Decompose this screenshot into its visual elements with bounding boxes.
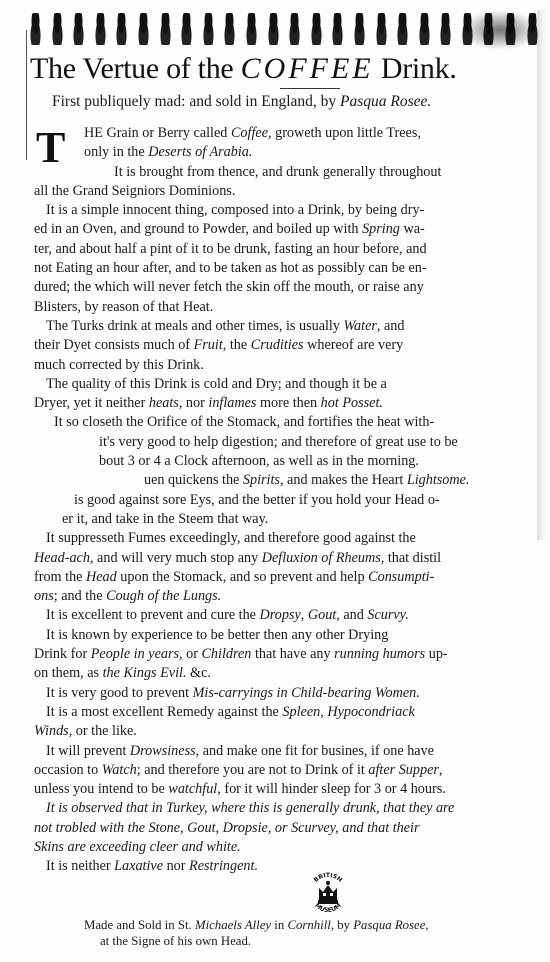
text-run: wa- xyxy=(400,221,425,237)
text-run: Lightsome. xyxy=(407,472,470,488)
text-run: , xyxy=(301,607,308,623)
text-run: The quality of this Drink is cold and Dr… xyxy=(46,376,387,392)
text-run: It is very good to prevent xyxy=(46,685,193,701)
text-line: from the Head upon the Stomack, and so p… xyxy=(34,568,534,587)
text-run: Winds xyxy=(34,723,69,739)
text-run: HE Grain or Berry called xyxy=(84,125,231,141)
text-line: ed in an Oven, and ground to Powder, and… xyxy=(34,220,534,239)
text-run: It will prevent xyxy=(46,743,130,759)
text-run: Deserts of Arabia. xyxy=(148,144,252,160)
title-coffee: COFFEE xyxy=(241,52,374,85)
text-run: Blisters, by reason of that Heat. xyxy=(34,299,213,315)
title-rule xyxy=(280,88,340,89)
text-run: Michaels Alley xyxy=(195,918,271,932)
text-run: People in years xyxy=(91,646,179,662)
text-line: on them, as the Kings Evil. &c. xyxy=(34,664,534,683)
fleuron-icon xyxy=(244,13,259,45)
imprint: Made and Sold in St. Michaels Alley in C… xyxy=(84,917,504,949)
text-run: , and xyxy=(336,607,367,623)
text-line: It so closeth the Orifice of the Stomack… xyxy=(34,413,534,432)
text-run: It is observed that in Turkey, where thi… xyxy=(46,800,454,816)
text-run: , xyxy=(425,918,428,932)
british-museum-stamp: BRITISH MUSEUM xyxy=(305,870,351,916)
fleuron-icon xyxy=(309,13,324,45)
text-line: ons; and the Cough of the Lungs. xyxy=(34,587,534,606)
text-run: ter, and about half a pint of it to be d… xyxy=(34,241,427,257)
text-run: , the xyxy=(223,337,251,353)
text-run: It is neither xyxy=(46,858,114,874)
imprint-line-2: at the Signe of his own Head. xyxy=(84,933,504,949)
text-run: the Kings Evil. xyxy=(103,665,187,681)
fleuron-icon xyxy=(330,13,345,45)
fleuron-icon xyxy=(222,13,237,45)
text-line: uen quickens the Spirits, and makes the … xyxy=(34,471,534,490)
text-line: It is very good to prevent Mis-carryings… xyxy=(34,684,534,703)
fleuron-icon xyxy=(417,13,432,45)
text-line: ter, and about half a pint of it to be d… xyxy=(34,240,534,259)
text-run: from the xyxy=(34,569,86,585)
text-line: It will prevent Drowsiness, and make one… xyxy=(34,742,534,761)
text-run: Restringent. xyxy=(189,858,258,874)
text-line: er it, and take in the Steem that way. xyxy=(34,510,534,529)
text-run: that have any xyxy=(251,646,334,662)
text-run: ons xyxy=(34,588,54,604)
text-line: HE Grain or Berry called Coffee, groweth… xyxy=(34,124,534,143)
text-run: &c. xyxy=(187,665,211,681)
text-run: not trobled with the Stone, Gout, Dropsi… xyxy=(34,820,420,836)
text-run: uen quickens the xyxy=(144,472,243,488)
text-run: it's very good to help digestion; and th… xyxy=(99,434,458,450)
text-line: much corrected by this Drink. xyxy=(34,356,534,375)
text-run: Cough of the Lungs. xyxy=(106,588,221,604)
text-run: their Dyet consists much of xyxy=(34,337,194,353)
text-line: occasion to Watch; and therefore you are… xyxy=(34,761,534,780)
text-run: Head xyxy=(86,569,117,585)
text-line: it's very good to help digestion; and th… xyxy=(34,433,534,452)
text-run: ; and therefore you are not to Drink of … xyxy=(137,762,369,778)
body-text: HE Grain or Berry called Coffee, groweth… xyxy=(34,124,534,877)
broadside-page: The Vertue of the COFFEE Drink. First pu… xyxy=(0,0,550,962)
text-run: Skins are exceeding cleer and white. xyxy=(34,839,241,855)
text-run: Dropsy xyxy=(260,607,301,623)
text-run: , by xyxy=(331,918,353,932)
text-run: It suppresseth Fumes exceedingly, and th… xyxy=(46,530,416,546)
text-run: Children xyxy=(201,646,251,662)
text-run: , or the like. xyxy=(69,723,137,739)
text-line: It is a simple innocent thing, composed … xyxy=(34,201,534,220)
page-title: The Vertue of the COFFEE Drink. xyxy=(30,52,540,86)
text-run: It is excellent to prevent and cure the xyxy=(46,607,260,623)
text-run: It is a simple innocent thing, composed … xyxy=(46,202,424,218)
text-run: Spirits xyxy=(243,472,280,488)
text-run: Spleen xyxy=(282,704,320,720)
fleuron-icon xyxy=(266,13,281,45)
text-line: is good against sore Eys, and the better… xyxy=(34,491,534,510)
text-run: It is brought from thence, and drunk gen… xyxy=(114,164,441,180)
fleuron-icon xyxy=(201,13,216,45)
text-run: , and makes the Heart xyxy=(280,472,407,488)
text-run: Steem xyxy=(178,511,213,527)
text-run: running humors xyxy=(334,646,425,662)
text-run: Spring xyxy=(362,221,400,237)
text-run: Laxative xyxy=(114,858,163,874)
text-line: It is excellent to prevent and cure the … xyxy=(34,606,534,625)
text-run: Drink for xyxy=(34,646,91,662)
text-run: occasion to xyxy=(34,762,102,778)
fleuron-icon xyxy=(114,13,129,45)
text-run: Drowsiness xyxy=(130,743,196,759)
text-line: It suppresseth Fumes exceedingly, and th… xyxy=(34,529,534,548)
text-line: Head-ach, and will very much stop any De… xyxy=(34,549,534,568)
text-run: Cornhill xyxy=(287,918,330,932)
title-post: Drink. xyxy=(374,52,457,85)
text-line: Drink for People in years, or Children t… xyxy=(34,645,534,664)
text-line: The quality of this Drink is cold and Dr… xyxy=(34,375,534,394)
text-line: The Turks drink at meals and other times… xyxy=(34,317,534,336)
text-run: only in the xyxy=(84,144,148,160)
subtitle: First publiquely mad: and sold in Englan… xyxy=(52,92,532,112)
text-line: Dryer, yet it neither heats, nor inflame… xyxy=(34,394,534,413)
text-line: bout 3 or 4 a Clock afternoon, as well a… xyxy=(34,452,534,471)
text-line: It is known by experience to be better t… xyxy=(34,626,534,645)
text-run: Watch xyxy=(102,762,137,778)
text-run: Fruit xyxy=(194,337,223,353)
fleuron-icon xyxy=(93,13,108,45)
subtitle-text: First publiquely mad: and sold in Englan… xyxy=(52,93,340,110)
text-run: dured; the which will never fetch the sk… xyxy=(34,279,424,295)
text-run: watchful xyxy=(168,781,217,797)
text-run: It is known by experience to be better t… xyxy=(46,627,388,643)
text-run: Gout xyxy=(308,607,336,623)
text-line: Skins are exceeding cleer and white. xyxy=(34,838,534,857)
text-run: upon the Stomack, and so prevent and hel… xyxy=(117,569,368,585)
fleuron-icon xyxy=(287,13,302,45)
text-line: It is brought from thence, and drunk gen… xyxy=(34,163,534,182)
text-run: not Eating an hour after, and to be take… xyxy=(34,260,427,276)
text-run: , or xyxy=(179,646,201,662)
text-run: Water xyxy=(344,318,377,334)
text-run: The Turks drink at meals and other times… xyxy=(46,318,344,334)
text-run: Pasqua Rosee xyxy=(353,918,425,932)
text-run: It so closeth the Orifice of the Stomack… xyxy=(54,414,434,430)
text-run: Crudities xyxy=(251,337,304,353)
text-line: unless you intend to be watchful, for it… xyxy=(34,780,534,799)
text-run: heats xyxy=(149,395,179,411)
fleuron-icon xyxy=(28,13,43,45)
text-run: ed in an Oven, and ground to Powder, and… xyxy=(34,221,362,237)
fleuron-icon xyxy=(71,13,86,45)
text-run: , and will very much stop any xyxy=(90,550,262,566)
text-run: whereof are very xyxy=(304,337,404,353)
page-edge-shadow xyxy=(537,10,547,540)
text-line: dured; the which will never fetch the sk… xyxy=(34,278,534,297)
text-run: Mis-carryings in Child-bearing Women. xyxy=(193,685,420,701)
text-run: , and xyxy=(377,318,405,334)
fleuron-icon xyxy=(374,13,389,45)
text-run: bout 3 or 4 a Clock afternoon, as well a… xyxy=(99,453,419,469)
text-line: Blisters, by reason of that Heat. xyxy=(34,298,534,317)
text-line: their Dyet consists much of Fruit, the C… xyxy=(34,336,534,355)
fleuron-icon xyxy=(438,13,453,45)
fleuron-icon xyxy=(50,13,65,45)
text-run: that way. xyxy=(214,511,269,527)
text-run: , groweth upon little Trees, xyxy=(268,125,421,141)
text-run: Scurvy. xyxy=(367,607,408,623)
text-run: , nor xyxy=(179,395,209,411)
text-run: in xyxy=(271,918,287,932)
text-run: Consumpti- xyxy=(368,569,434,585)
text-line: Winds, or the like. xyxy=(34,722,534,741)
text-run: Head-ach xyxy=(34,550,90,566)
fleuron-icon xyxy=(158,13,173,45)
text-run: Hypocondriack xyxy=(327,704,414,720)
text-run: , and make one fit for busines, if one h… xyxy=(196,743,434,759)
text-run: ; and the xyxy=(54,588,106,604)
text-line: It is neither Laxative nor Restringent. xyxy=(34,857,534,876)
text-run: more then xyxy=(256,395,320,411)
fleuron-icon xyxy=(395,13,410,45)
text-run: up- xyxy=(425,646,447,662)
text-run: Defluxion of Rheums xyxy=(262,550,381,566)
text-line: not Eating an hour after, and to be take… xyxy=(34,259,534,278)
text-run: Dryer, yet it neither xyxy=(34,395,149,411)
subtitle-author: Pasqua Rosee. xyxy=(340,93,431,110)
crown-icon: BRITISH MUSEUM xyxy=(305,870,351,916)
text-line: not trobled with the Stone, Gout, Dropsi… xyxy=(34,819,534,838)
text-line: It is a most excellent Remedy against th… xyxy=(34,703,534,722)
fleuron-icon xyxy=(136,13,151,45)
text-run: It is a most excellent Remedy against th… xyxy=(46,704,282,720)
fleuron-icon xyxy=(179,13,194,45)
text-run: inflames xyxy=(208,395,256,411)
text-line: all the Grand Seigniors Dominions. xyxy=(34,182,534,201)
fleuron-icon xyxy=(352,13,367,45)
text-run: , for it will hinder sleep for 3 or 4 ho… xyxy=(217,781,446,797)
text-run: nor xyxy=(163,858,189,874)
ink-smudge xyxy=(460,10,540,50)
text-line: only in the Deserts of Arabia. xyxy=(34,143,534,162)
text-run: er it, and take in the xyxy=(62,511,178,527)
text-run: , that distil xyxy=(381,550,441,566)
text-run: Coffee xyxy=(231,125,268,141)
text-run: much corrected by this Drink. xyxy=(34,357,204,373)
text-run: unless you intend to be xyxy=(34,781,168,797)
text-line: It is observed that in Turkey, where thi… xyxy=(34,799,534,818)
text-run: , xyxy=(439,762,443,778)
text-run: on them, as xyxy=(34,665,103,681)
title-pre: The Vertue of the xyxy=(30,52,241,85)
text-run: is good against sore Eys, and the better… xyxy=(74,492,440,508)
imprint-line-1: Made and Sold in St. Michaels Alley in C… xyxy=(84,917,504,933)
text-run: after Supper xyxy=(368,762,439,778)
text-run: all the Grand Seigniors Dominions. xyxy=(34,183,235,199)
text-run: Made and Sold in St. xyxy=(84,918,195,932)
text-run: hot Posset. xyxy=(321,395,383,411)
border-line-left xyxy=(26,30,27,160)
